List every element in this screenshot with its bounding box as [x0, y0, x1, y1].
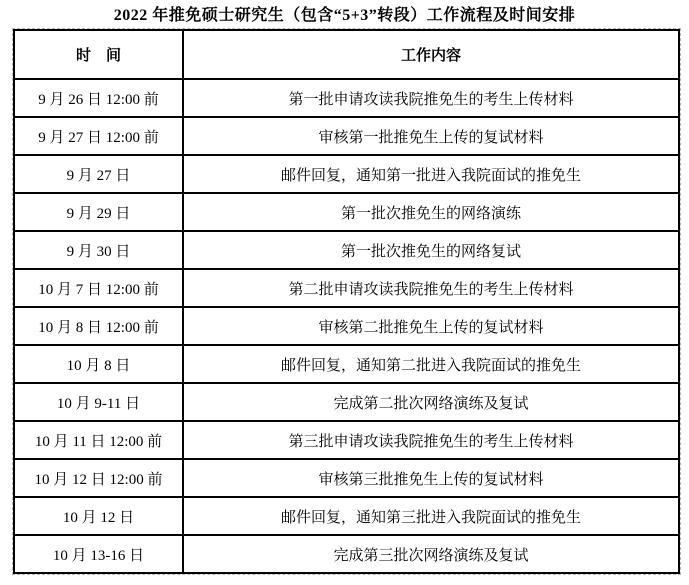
- task-cell: 第一批次推免生的网络复试: [182, 230, 678, 268]
- task-cell: 第三批申请攻读我院推免生的考生上传材料: [182, 420, 678, 458]
- task-cell: 邮件回复，通知第二批进入我院面试的推免生: [182, 344, 678, 382]
- schedule-table: 时 间 工作内容 9 月 26 日 12:00 前 第一批申请攻读我院推免生的考…: [13, 29, 680, 574]
- table-row: 10 月 8 日 12:00 前 审核第二批推免生上传的复试材料: [13, 306, 678, 344]
- time-cell: 9 月 29 日: [13, 192, 182, 230]
- task-cell: 审核第二批推免生上传的复试材料: [182, 306, 678, 344]
- page-title: 2022 年推免硕士研究生（包含“5+3”转段）工作流程及时间安排: [0, 0, 689, 29]
- task-cell: 第一批次推免生的网络演练: [182, 192, 678, 230]
- task-cell: 审核第一批推免生上传的复试材料: [182, 116, 678, 154]
- document-page: 2022 年推免硕士研究生（包含“5+3”转段）工作流程及时间安排 时 间 工作…: [0, 0, 689, 574]
- time-cell: 10 月 12 日 12:00 前: [13, 458, 182, 496]
- table-row: 10 月 13-16 日 完成第三批次网络演练及复试: [13, 534, 678, 572]
- table-row: 9 月 26 日 12:00 前 第一批申请攻读我院推免生的考生上传材料: [13, 78, 678, 116]
- task-cell: 审核第三批推免生上传的复试材料: [182, 458, 678, 496]
- time-cell: 9 月 27 日 12:00 前: [13, 116, 182, 154]
- table-row: 10 月 9-11 日 完成第二批次网络演练及复试: [13, 382, 678, 420]
- table-row: 10 月 11 日 12:00 前 第三批申请攻读我院推免生的考生上传材料: [13, 420, 678, 458]
- table-row: 10 月 8 日 邮件回复，通知第二批进入我院面试的推免生: [13, 344, 678, 382]
- task-cell: 邮件回复，通知第一批进入我院面试的推免生: [182, 154, 678, 192]
- task-cell: 第二批申请攻读我院推免生的考生上传材料: [182, 268, 678, 306]
- header-row: 时 间 工作内容: [13, 29, 678, 78]
- task-cell: 邮件回复，通知第三批进入我院面试的推免生: [182, 496, 678, 534]
- time-cell: 10 月 9-11 日: [13, 382, 182, 420]
- column-header-content: 工作内容: [182, 29, 678, 78]
- table-row: 9 月 27 日 12:00 前 审核第一批推免生上传的复试材料: [13, 116, 678, 154]
- table-row: 9 月 30 日 第一批次推免生的网络复试: [13, 230, 678, 268]
- time-cell: 10 月 8 日 12:00 前: [13, 306, 182, 344]
- task-cell: 第一批申请攻读我院推免生的考生上传材料: [182, 78, 678, 116]
- time-cell: 10 月 7 日 12:00 前: [13, 268, 182, 306]
- time-cell: 9 月 26 日 12:00 前: [13, 78, 182, 116]
- table-row: 10 月 12 日 邮件回复，通知第三批进入我院面试的推免生: [13, 496, 678, 534]
- table-row: 10 月 12 日 12:00 前 审核第三批推免生上传的复试材料: [13, 458, 678, 496]
- task-cell: 完成第三批次网络演练及复试: [182, 534, 678, 572]
- time-cell: 10 月 8 日: [13, 344, 182, 382]
- time-cell: 9 月 27 日: [13, 154, 182, 192]
- table-row: 9 月 29 日 第一批次推免生的网络演练: [13, 192, 678, 230]
- time-cell: 10 月 13-16 日: [13, 534, 182, 572]
- time-cell: 10 月 11 日 12:00 前: [13, 420, 182, 458]
- table-row: 9 月 27 日 邮件回复，通知第一批进入我院面试的推免生: [13, 154, 678, 192]
- table-row: 10 月 7 日 12:00 前 第二批申请攻读我院推免生的考生上传材料: [13, 268, 678, 306]
- task-cell: 完成第二批次网络演练及复试: [182, 382, 678, 420]
- time-cell: 9 月 30 日: [13, 230, 182, 268]
- column-header-time: 时 间: [13, 29, 182, 78]
- time-cell: 10 月 12 日: [13, 496, 182, 534]
